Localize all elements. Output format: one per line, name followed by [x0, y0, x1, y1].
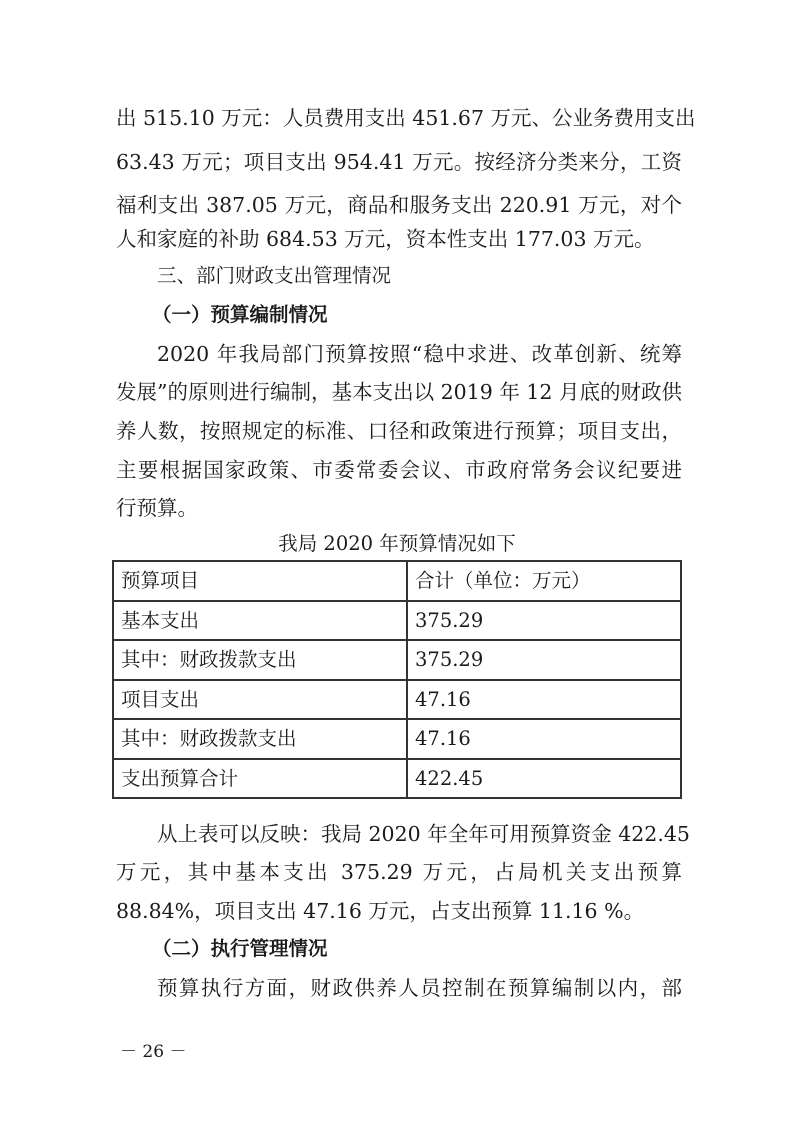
page-number: － 26 － — [120, 1040, 186, 1064]
paragraph-line: 主要根据国家政策、市委常委会议、市政府常务会议纪要进 — [116, 455, 682, 485]
table-header-cell: 预算项目 — [113, 561, 407, 601]
paragraph-line: 63.43 万元；项目支出 954.41 万元。按经济分类来分，工资 — [116, 147, 682, 177]
paragraph-line: 预算执行方面，财政供养人员控制在预算编制以内，部 — [157, 973, 682, 1003]
paragraph-line: 行预算。 — [116, 493, 682, 523]
paragraph-line: 88.84%，项目支出 47.16 万元，占支出预算 11.16 %。 — [116, 896, 682, 926]
paragraph-line: 2020 年我局部门预算按照“稳中求进、改革创新、统筹 — [157, 339, 682, 369]
section-heading: 三、部门财政支出管理情况 — [157, 261, 682, 291]
subheading-execution-management: （二）执行管理情况 — [152, 934, 677, 964]
paragraph-line: 出 515.10 万元：人员费用支出 451.67 万元、公业务费用支出 — [116, 103, 682, 133]
table-cell-amount: 47.16 — [407, 719, 681, 759]
paragraph-line: 从上表可以反映：我局 2020 年全年可用预算资金 422.45 — [157, 819, 682, 849]
paragraph-line: 万元，其中基本支出 375.29 万元，占局机关支出预算 — [116, 857, 682, 887]
paragraph-line: 人和家庭的补助 684.53 万元，资本性支出 177.03 万元。 — [116, 224, 682, 254]
budget-table: 预算项目 合计（单位：万元） 基本支出 375.29 其中：财政拨款支出 375… — [112, 560, 682, 799]
table-cell-item: 支出预算合计 — [113, 759, 407, 799]
table-row: 项目支出 47.16 — [113, 680, 681, 720]
paragraph-line: 福利支出 387.05 万元，商品和服务支出 220.91 万元，对个 — [116, 190, 682, 220]
table-cell-amount: 375.29 — [407, 640, 681, 680]
table-row: 其中：财政拨款支出 375.29 — [113, 640, 681, 680]
table-cell-item: 其中：财政拨款支出 — [113, 719, 407, 759]
table-header-row: 预算项目 合计（单位：万元） — [113, 561, 681, 601]
table-cell-amount: 422.45 — [407, 759, 681, 799]
paragraph-line: 养人数，按照规定的标准、口径和政策进行预算；项目支出， — [116, 416, 682, 446]
subheading-budget-preparation: （一）预算编制情况 — [152, 300, 677, 330]
table-cell-item: 基本支出 — [113, 601, 407, 641]
table-caption: 我局 2020 年预算情况如下 — [112, 530, 682, 558]
paragraph-line: 发展”的原则进行编制，基本支出以 2019 年 12 月底的财政供 — [116, 377, 682, 407]
table-row: 支出预算合计 422.45 — [113, 759, 681, 799]
table-row: 基本支出 375.29 — [113, 601, 681, 641]
table-row: 其中：财政拨款支出 47.16 — [113, 719, 681, 759]
table-cell-item: 其中：财政拨款支出 — [113, 640, 407, 680]
table-cell-amount: 47.16 — [407, 680, 681, 720]
table-cell-item: 项目支出 — [113, 680, 407, 720]
table-cell-amount: 375.29 — [407, 601, 681, 641]
table-header-cell: 合计（单位：万元） — [407, 561, 681, 601]
